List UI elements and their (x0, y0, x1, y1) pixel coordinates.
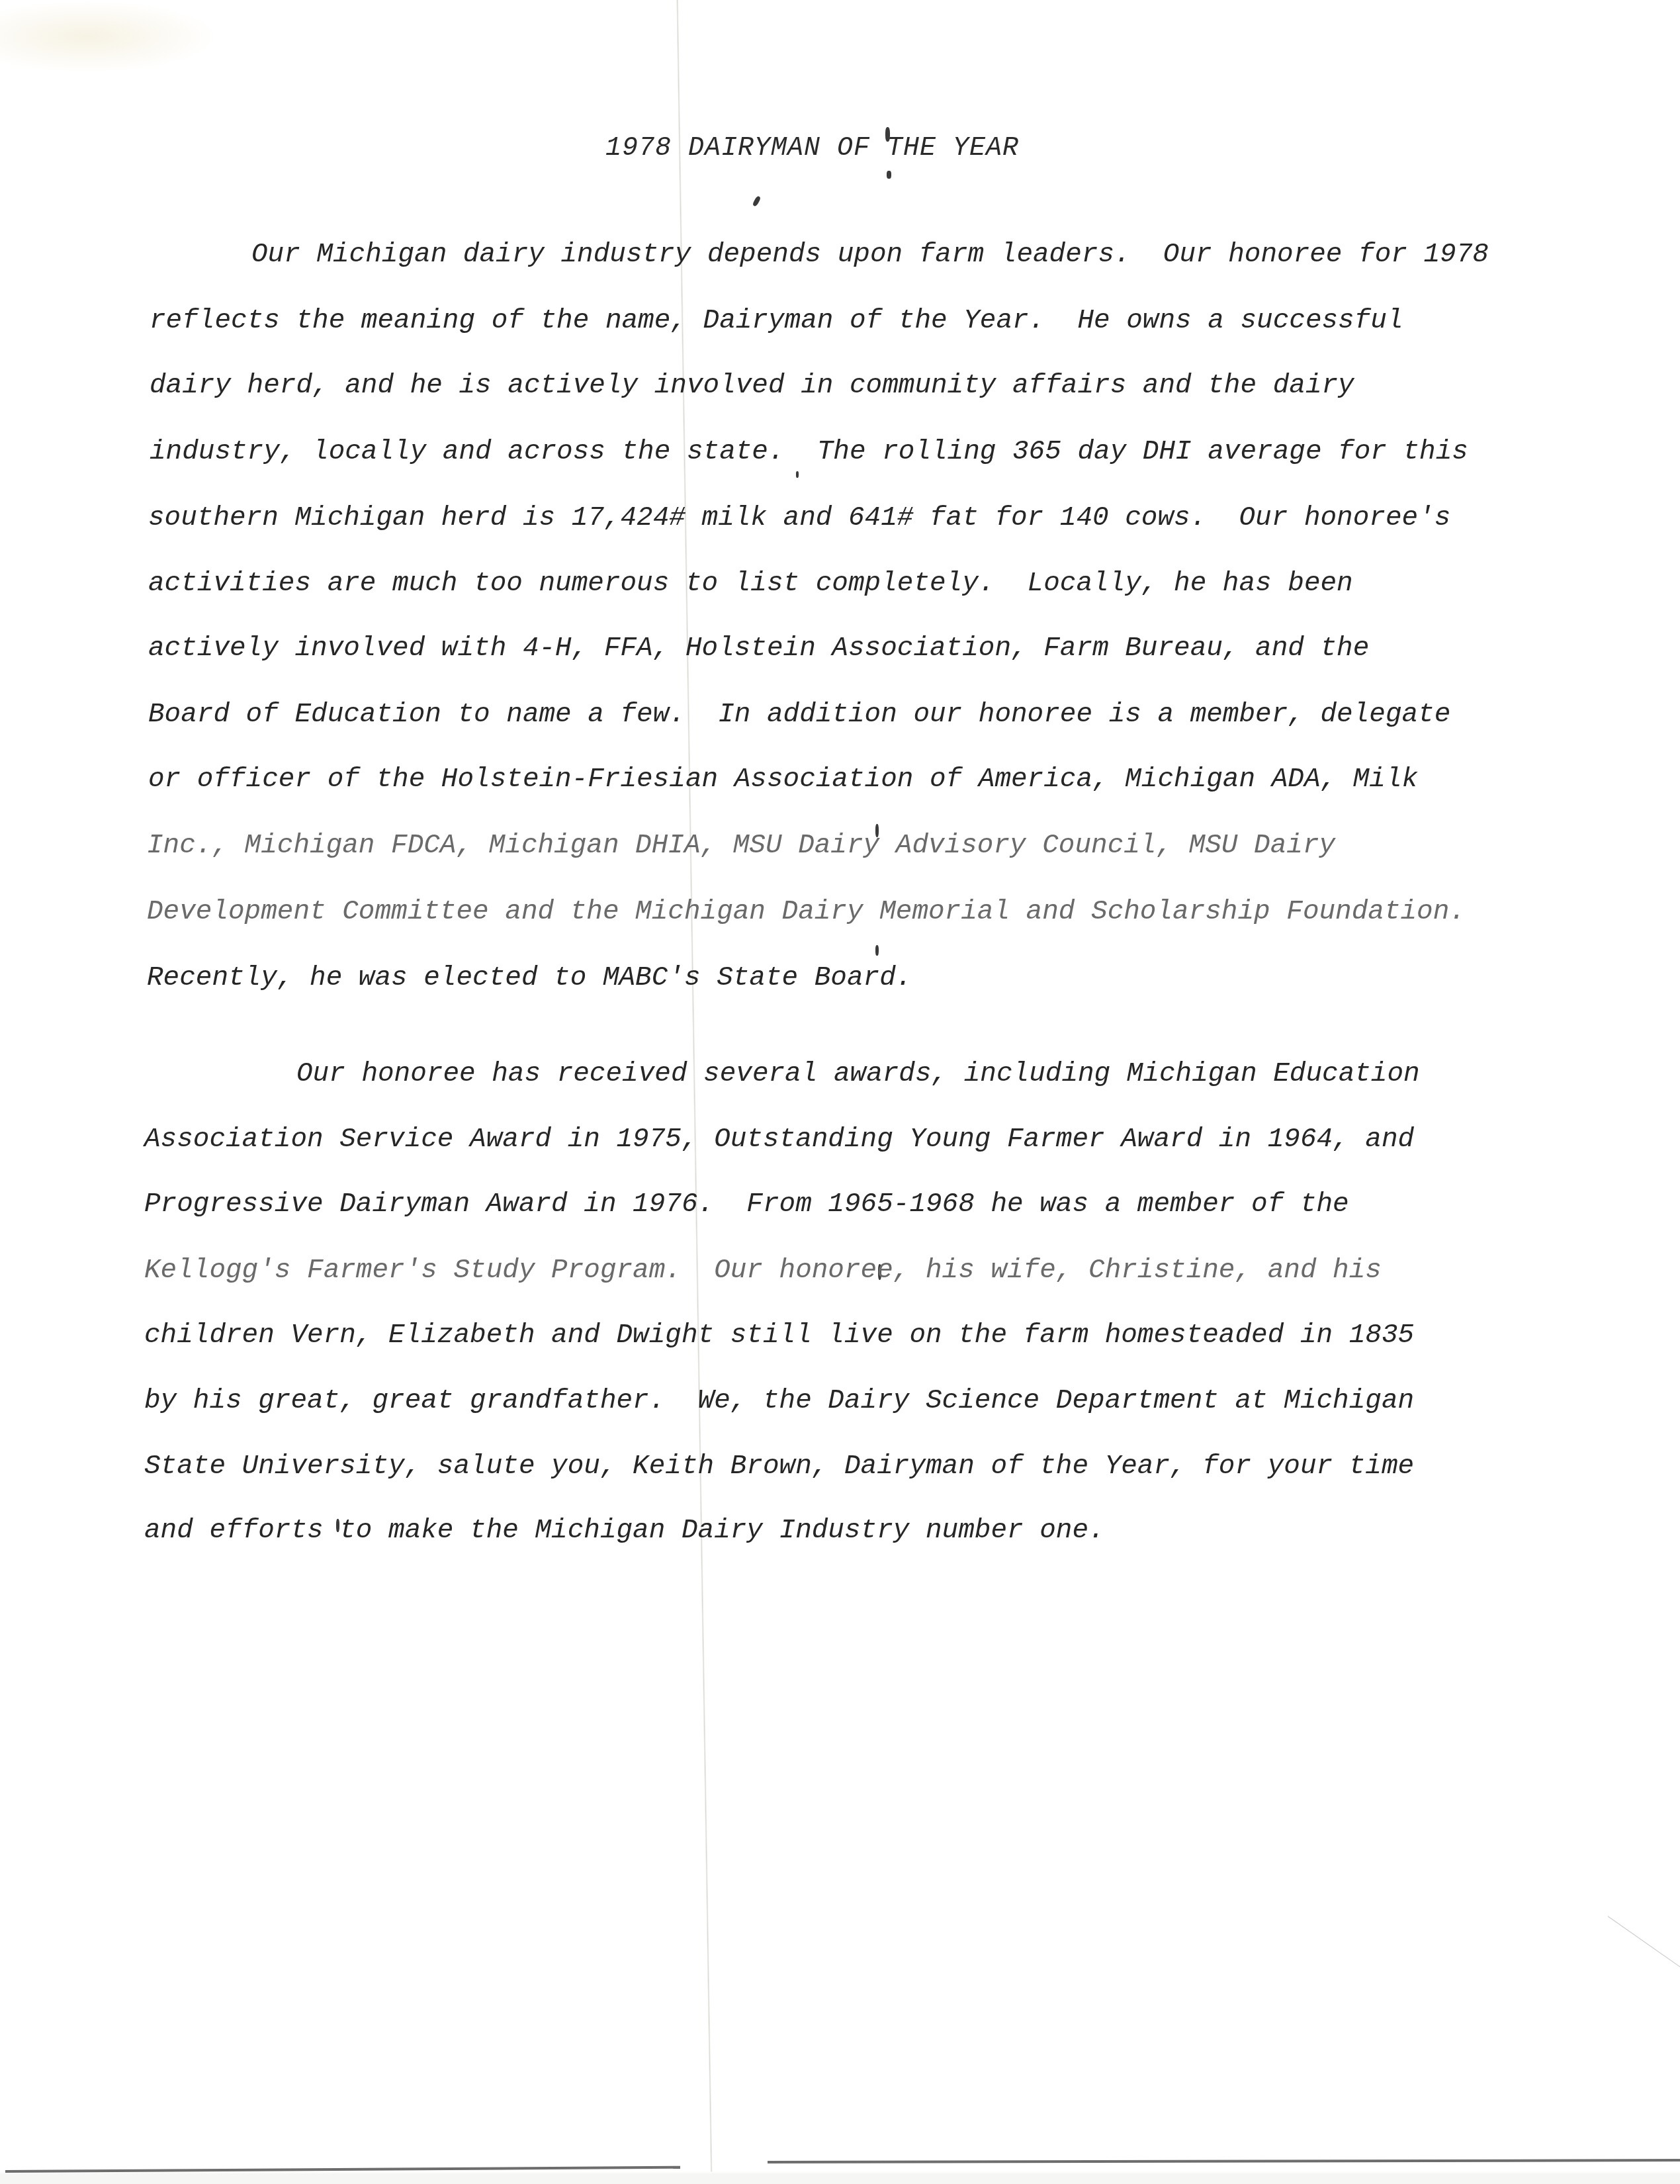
paragraph-2-line-8: and efforts to make the Michigan Dairy I… (144, 1518, 1105, 1545)
ink-blot-mark (796, 471, 799, 478)
paragraph-2-line-5: children Vern, Elizabeth and Dwight stil… (144, 1322, 1414, 1349)
paragraph-1-line-6: activities are much too numerous to list… (148, 570, 1353, 598)
paragraph-2-line-3: Progressive Dairyman Award in 1976. From… (144, 1191, 1349, 1218)
paragraph-1-line-5: southern Michigan herd is 17,424# milk a… (148, 505, 1450, 532)
scanner-background (0, 2173, 1680, 2184)
paragraph-2-line-7: State University, salute you, Keith Brow… (144, 1453, 1414, 1480)
paragraph-1-line-1: Our Michigan dairy industry depends upon… (251, 242, 1489, 269)
paragraph-2-line-2: Association Service Award in 1975, Outst… (144, 1126, 1414, 1154)
paragraph-1-line-8: Board of Education to name a few. In add… (148, 702, 1450, 729)
paragraph-2-line-4: Kellogg's Farmer's Study Program. Our ho… (144, 1257, 1382, 1285)
paragraph-2-line-6: by his great, great grandfather. We, the… (144, 1388, 1414, 1415)
paragraph-1-line-7: actively involved with 4-H, FFA, Holstei… (148, 635, 1369, 662)
paragraph-1-line-11: Development Committee and the Michigan D… (147, 899, 1466, 926)
corner-crease (1608, 1916, 1680, 1974)
paragraph-1-line-9: or officer of the Holstein-Friesian Asso… (148, 766, 1418, 794)
ink-blot-mark (885, 127, 890, 142)
scanned-page: 1978 DAIRYMAN OF THE YEAR Our Michigan d… (0, 0, 1680, 2172)
ink-blot-mark (887, 171, 891, 179)
paragraph-1-line-10: Inc., Michigan FDCA, Michigan DHIA, MSU … (147, 833, 1335, 860)
document-title: 1978 DAIRYMAN OF THE YEAR (605, 136, 1019, 162)
paragraph-1-line-3: dairy herd, and he is actively involved … (150, 373, 1354, 400)
paragraph-1-line-2: reflects the meaning of the name, Dairym… (150, 308, 1403, 335)
ink-blot-mark (875, 945, 879, 956)
paragraph-1-line-12: Recently, he was elected to MABC's State… (147, 965, 912, 992)
paragraph-1-line-4: industry, locally and across the state. … (150, 439, 1468, 466)
ink-blot-mark (752, 195, 761, 206)
scan-smudge (0, 0, 218, 73)
paragraph-2-line-1: Our honoree has received several awards,… (296, 1061, 1420, 1088)
